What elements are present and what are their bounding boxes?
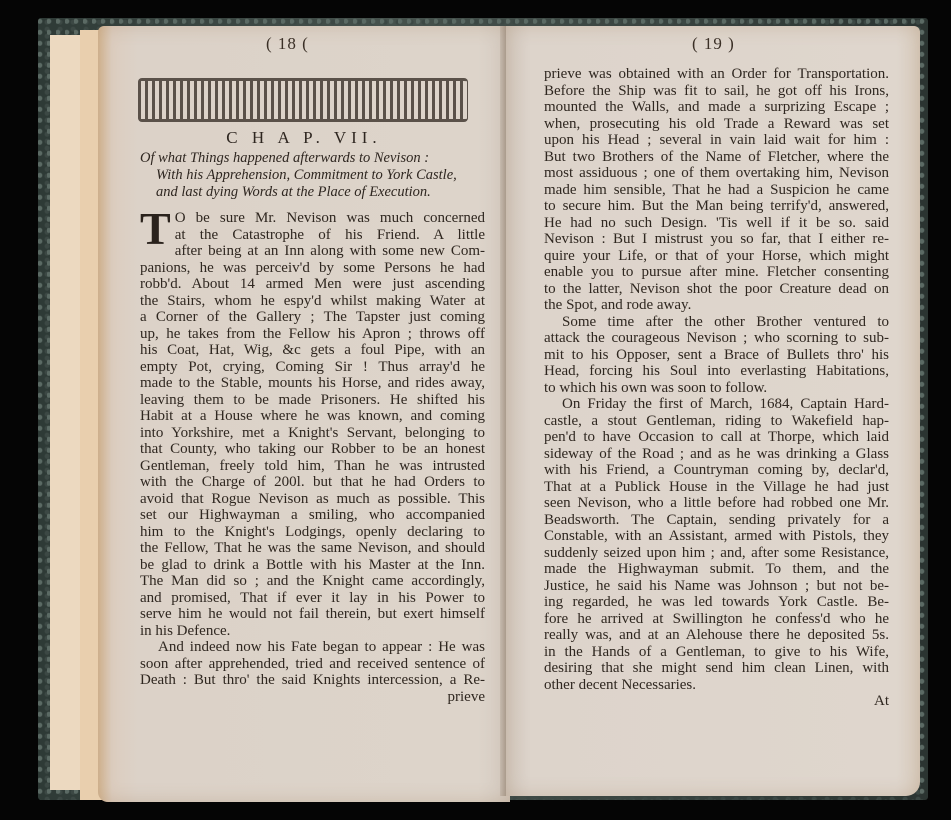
text-line: when, prosecuting his old Trade a Reward… — [544, 116, 889, 133]
text-line: On Friday the first of March, 1684, Capt… — [544, 396, 889, 413]
subtitle-line: With his Apprehension, Commitment to Yor… — [140, 167, 490, 184]
text-line: really was, and at an Alehouse there he … — [544, 627, 889, 644]
left-page-body: T O be sure Mr. Nevison was much concern… — [140, 210, 485, 705]
headpiece-ornament-icon — [138, 78, 468, 122]
text-line: him to the Knight's Lodgings, openly dec… — [140, 524, 485, 541]
text-line: mounted the Walls, and made a surprizing… — [544, 99, 889, 116]
text-line: prieve was obtained with an Order for Tr… — [544, 66, 889, 83]
text-line: into Yorkshire, met a Knight's Servant, … — [140, 425, 485, 442]
text-line: to which his own was soon to follow. — [544, 380, 889, 397]
text-line: most assiduous ; one of them overtaking … — [544, 165, 889, 182]
text-line: leaving them to be made Prisoners. He sh… — [140, 392, 485, 409]
page-number-right: ( 19 ) — [692, 34, 735, 54]
text-line: his Coat, Hat, Wig, &c gets a foul Pipe,… — [140, 342, 485, 359]
text-line: enable you to pursue after mine. Fletche… — [544, 264, 889, 281]
chapter-subtitle: Of what Things happened afterwards to Ne… — [140, 150, 490, 201]
text-line: quire your Life, or that of your Horse, … — [544, 248, 889, 265]
text-line: and promised, That if ever it lay in his… — [140, 590, 485, 607]
text-line: Justice, he said his Name was Johnson ; … — [544, 578, 889, 595]
text-line: castle, a stout Gentleman, riding to Wak… — [544, 413, 889, 430]
text-line: made the Highwayman submit. To them, and… — [544, 561, 889, 578]
text-line: Death : But thro' the said Knights inter… — [140, 672, 485, 689]
text-line: after being at an Inn along with some ne… — [175, 243, 485, 260]
text-line: desiring that she might send him clean L… — [544, 660, 889, 677]
text-line: pen'd to have Occasion to call at Thorpe… — [544, 429, 889, 446]
subtitle-line: and last dying Words at the Place of Exe… — [140, 184, 490, 201]
text-line: to secure him. But the Man being terrify… — [544, 198, 889, 215]
text-line: Gentleman, freely told him, Than he was … — [140, 458, 485, 475]
subtitle-line: Of what Things happened afterwards to Ne… — [140, 150, 429, 166]
text-line: other decent Necessaries. — [544, 677, 889, 694]
text-line: with his Friend, a Countryman coming by,… — [544, 462, 889, 479]
text-line: the Spot, and rode away. — [544, 297, 889, 314]
catchword: prieve — [140, 689, 485, 706]
right-page: ( 19 ) prieve was obtained with an Order… — [506, 26, 920, 796]
text-line: avoid that Rogue Nevison as much as poss… — [140, 491, 485, 508]
chapter-title: C H A P. VII. — [98, 128, 510, 148]
text-line: Nevison : But I mistrust you so far, tha… — [544, 231, 889, 248]
text-line: mit to his Opposer, sent a Brace of Bull… — [544, 347, 889, 364]
text-line: the Fellow, That he was the same Nevison… — [140, 540, 485, 557]
text-line: a Corner of the Gallery ; The Tapster ju… — [140, 309, 485, 326]
text-line: empty Pot, crying, Coming Sir ! Thus arr… — [140, 359, 485, 376]
text-line: in the Hands of a Gentleman, to give to … — [544, 644, 889, 661]
text-line: robb'd. About 14 armed Men were just asc… — [140, 276, 485, 293]
text-line: The Man did so ; and the Knight came acc… — [140, 573, 485, 590]
text-line: set our Highwayman a smiling, who accomp… — [140, 507, 485, 524]
text-line: Habit at a House where he was known, and… — [140, 408, 485, 425]
text-line: to the latter, Nevison shot the poor Cre… — [544, 281, 889, 298]
text-line: But two Brothers of the Name of Fletcher… — [544, 149, 889, 166]
text-line: upon his Head ; several in vain laid wai… — [544, 132, 889, 149]
text-line: Before the Ship was fit to sail, he got … — [544, 83, 889, 100]
text-line: fore he arrived at Swillington he confes… — [544, 611, 889, 628]
text-line: O be sure Mr. Nevison was much concerned — [175, 210, 485, 227]
text-line: in his Defence. — [140, 623, 485, 640]
text-line: And indeed now his Fate began to appear … — [140, 639, 485, 656]
text-line: Beadsworth. The Captain, sending private… — [544, 512, 889, 529]
text-line: with the Charge of 200l. but that he had… — [140, 474, 485, 491]
text-line: the Stairs, whom he espy'd whilst making… — [140, 293, 485, 310]
text-line: Some time after the other Brother ventur… — [544, 314, 889, 331]
text-line: suddenly seized upon him ; and, after so… — [544, 545, 889, 562]
text-line: be glad to drink a Bottle with his Maste… — [140, 557, 485, 574]
text-line: made to the Stable, mounts his Horse, an… — [140, 375, 485, 392]
text-line: sideway of the Road ; and as he was drin… — [544, 446, 889, 463]
left-page: ( 18 ( C H A P. VII. Of what Things happ… — [98, 26, 510, 802]
text-line: He had no such Design. 'Tis well if it b… — [544, 215, 889, 232]
page-number-left: ( 18 ( — [266, 34, 309, 54]
text-line: soon after apprehended, tried and receiv… — [140, 656, 485, 673]
text-line: panions, he was perceiv'd by some Person… — [140, 260, 485, 277]
text-line: that County, who taking our Robber to be… — [140, 441, 485, 458]
text-line: at the Catastrophe of his Friend. A litt… — [175, 227, 485, 244]
text-line: That at a Publick House in the Village h… — [544, 479, 889, 496]
text-line: serve him he would not fail therein, but… — [140, 606, 485, 623]
text-line: Head, forcing his Soul into everlasting … — [544, 363, 889, 380]
text-line: seen Nevison, who a little before had ro… — [544, 495, 889, 512]
text-line: ing regarded, he was led towards York Ca… — [544, 594, 889, 611]
catchword: At — [544, 693, 889, 710]
drop-cap: T — [140, 212, 171, 246]
text-line: attack the courageous Nevison ; who scor… — [544, 330, 889, 347]
text-line: made him sensible, That he had a Suspici… — [544, 182, 889, 199]
text-line: Constable, with an Assistant, armed with… — [544, 528, 889, 545]
right-page-body: prieve was obtained with an Order for Tr… — [544, 66, 889, 710]
text-line: up, he takes from the Fellow his Apron ;… — [140, 326, 485, 343]
